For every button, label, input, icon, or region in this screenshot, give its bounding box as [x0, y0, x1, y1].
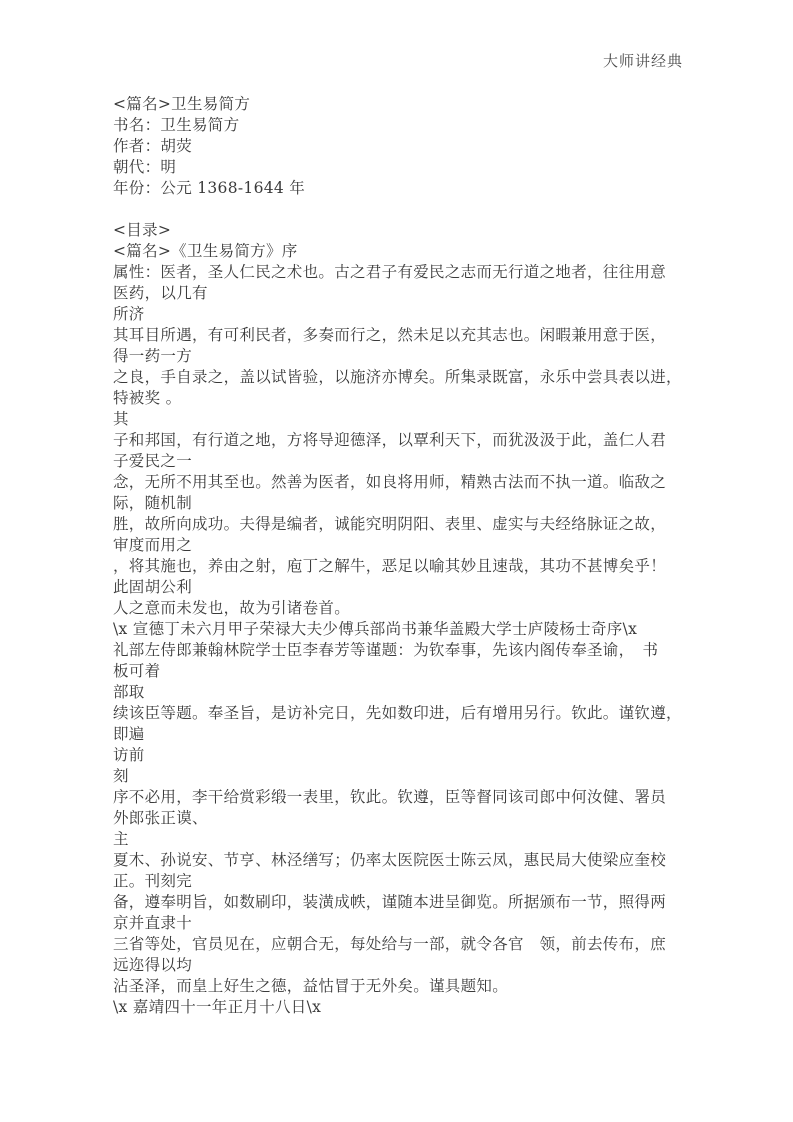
text-line: 属性：医者，圣人仁民之术也。古之君子有爱民之志而无行道之地者，往往用意: [113, 262, 687, 283]
text-line: 所济: [113, 304, 687, 325]
text-line: 得一药一方: [113, 346, 687, 367]
text-line: 其耳目所遇，有可利民者，多奏而行之，然未足以充其志也。闲暇兼用意于医，: [113, 325, 687, 346]
text-line: 板可着: [113, 661, 687, 682]
text-line: 其: [113, 409, 687, 430]
text-line: 子爱民之一: [113, 451, 687, 472]
text-line: 备，遵奉明旨，如数刷印，装潢成帙，谨随本进呈御览。所据颁布一节，照得两: [113, 892, 687, 913]
text-line: 际，随机制: [113, 493, 687, 514]
text-line: 正。刊刻完: [113, 871, 687, 892]
text-line: 审度而用之: [113, 535, 687, 556]
text-line: ，将其施也，养由之射，庖丁之解牛，恶足以喻其妙且速哉，其功不甚博矣乎！: [113, 556, 687, 577]
text-line: 序不必用，李干给赏彩缎一表里，钦此。钦遵，臣等督同该司郎中何汝健、署员: [113, 787, 687, 808]
text-line: 此固胡公利: [113, 577, 687, 598]
document-page: 大师讲经典 <篇名>卫生易简方书名：卫生易简方作者：胡荧朝代：明年份：公元 13…: [0, 0, 793, 1122]
text-line: 胜，故所向成功。夫得是编者，诚能究明阴阳、表里、虚实与夫经络脉证之故，: [113, 514, 687, 535]
text-line: 外郎张正谟、: [113, 808, 687, 829]
text-line: \x 宣德丁未六月甲子荣禄大夫少傅兵部尚书兼华盖殿大学士庐陵杨士奇序\x: [113, 619, 687, 640]
text-line: 念，无所不用其至也。然善为医者，如良将用师，精熟古法而不执一道。临敌之: [113, 472, 687, 493]
document-body: <篇名>卫生易简方书名：卫生易简方作者：胡荧朝代：明年份：公元 1368-164…: [113, 94, 687, 1018]
text-line: 作者：胡荧: [113, 136, 687, 157]
text-line: 沾圣泽，而皇上好生之德，益怙冒于无外矣。谨具题知。: [113, 976, 687, 997]
text-line: 刻: [113, 766, 687, 787]
text-line: 三省等处，官员见在，应朝合无，每处给与一部，就令各官 领，前去传布，庶: [113, 934, 687, 955]
text-line: [113, 199, 687, 220]
text-line: 远迩得以均: [113, 955, 687, 976]
text-line: 部取: [113, 682, 687, 703]
text-line: <篇名>卫生易简方: [113, 94, 687, 115]
text-line: <篇名>《卫生易简方》序: [113, 241, 687, 262]
text-line: 访前: [113, 745, 687, 766]
text-line: 京并直隶十: [113, 913, 687, 934]
text-line: 主: [113, 829, 687, 850]
text-line: 朝代：明: [113, 157, 687, 178]
text-line: 人之意而未发也，故为引诸卷首。: [113, 598, 687, 619]
page-header-watermark: 大师讲经典: [0, 50, 683, 71]
text-line: 子和邦国，有行道之地，方将导迎德泽，以覃利天下，而犹汲汲于此，盖仁人君: [113, 430, 687, 451]
text-line: <目录>: [113, 220, 687, 241]
text-line: 即遍: [113, 724, 687, 745]
text-line: 礼部左侍郎兼翰林院学士臣李春芳等谨题：为钦奉事，先该内阁传奉圣谕， 书: [113, 640, 687, 661]
text-line: 续该臣等题。奉圣旨，是访补完日，先如数印进，后有增用另行。钦此。谨钦遵，: [113, 703, 687, 724]
text-line: 年份：公元 1368-1644 年: [113, 178, 687, 199]
text-line: 特被奖 。: [113, 388, 687, 409]
text-line: \x 嘉靖四十一年正月十八日\x: [113, 997, 687, 1018]
text-line: 之良，手自录之，盖以试皆验，以施济亦博矣。所集录既富，永乐中尝具表以进，: [113, 367, 687, 388]
text-line: 夏木、孙说安、节亨、林泾缮写；仍率太医院医士陈云凤，惠民局大使梁应奎校: [113, 850, 687, 871]
text-line: 书名：卫生易简方: [113, 115, 687, 136]
text-line: 医药，以几有: [113, 283, 687, 304]
